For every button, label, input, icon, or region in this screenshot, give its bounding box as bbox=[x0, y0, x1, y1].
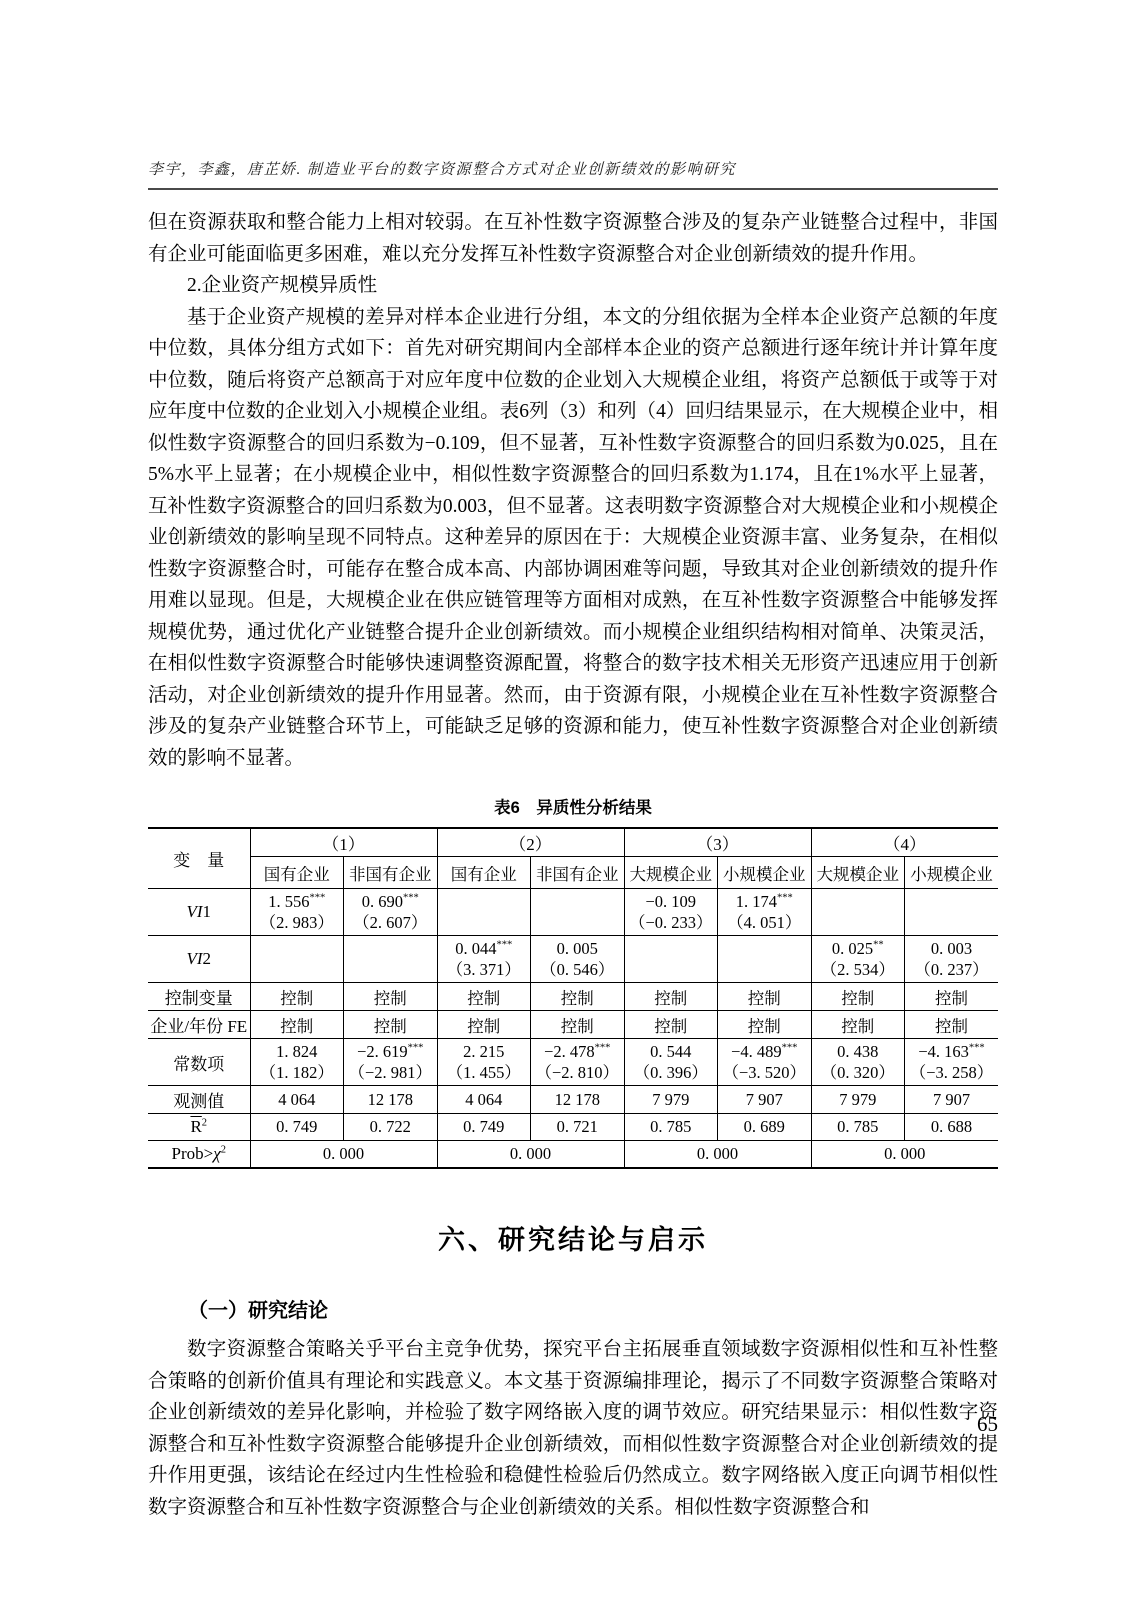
table-cell: 4 064 bbox=[250, 1086, 344, 1114]
table-cell bbox=[531, 889, 625, 936]
body-section-heterogeneity: 但在资源获取和整合能力上相对较弱。在互补性数字资源整合涉及的复杂产业链整合过程中… bbox=[148, 207, 998, 774]
group-header-1: （1） bbox=[250, 828, 437, 857]
table-caption: 表6 异质性分析结果 bbox=[148, 794, 998, 818]
table-cell: 控制 bbox=[718, 1011, 812, 1039]
significance-stars: *** bbox=[497, 940, 513, 951]
table-row-vi1: VI1 1. 556***（2. 983） 0. 690***（2. 607） … bbox=[148, 889, 998, 936]
table-cell: 0. 785 bbox=[811, 1114, 905, 1141]
table-row-r-squared: R2 0. 749 0. 722 0. 749 0. 721 0. 785 0.… bbox=[148, 1114, 998, 1141]
page-number: 65 bbox=[938, 1412, 998, 1437]
table-cell bbox=[250, 936, 344, 983]
subheader-large-4: 大规模企业 bbox=[811, 857, 905, 889]
table-cell: 控制 bbox=[811, 1011, 905, 1039]
table-cell: 0. 689 bbox=[718, 1114, 812, 1141]
table-cell: 0. 544（0. 396） bbox=[624, 1039, 718, 1086]
subheader-nonsoe-2: 非国有企业 bbox=[531, 857, 625, 889]
subheading-asset-scale: 2.企业资产规模异质性 bbox=[148, 270, 998, 302]
table-cell: 0. 721 bbox=[531, 1114, 625, 1141]
table-row-vi2: VI2 0. 044***（3. 371） 0. 005（0. 546） 0. … bbox=[148, 936, 998, 983]
significance-stars: *** bbox=[408, 1043, 424, 1054]
table-cell: 0. 688 bbox=[905, 1114, 999, 1141]
vi1-label-number: 1 bbox=[203, 902, 212, 921]
significance-stars: *** bbox=[595, 1043, 611, 1054]
table-cell: 0. 749 bbox=[437, 1114, 531, 1141]
table-cell: 0. 438（0. 320） bbox=[811, 1039, 905, 1086]
table-cell: 2. 215（1. 455） bbox=[437, 1039, 531, 1086]
vi2-label-italic: VI bbox=[186, 949, 202, 968]
table-corner-label: 变 量 bbox=[148, 828, 250, 889]
table-cell: 0. 690***（2. 607） bbox=[344, 889, 438, 936]
table-cell: 0. 722 bbox=[344, 1114, 438, 1141]
table-row-observations: 观测值 4 064 12 178 4 064 12 178 7 979 7 90… bbox=[148, 1086, 998, 1114]
prob-prefix: Prob> bbox=[172, 1144, 214, 1163]
table-cell: 0. 044***（3. 371） bbox=[437, 936, 531, 983]
subheader-small-3: 小规模企业 bbox=[718, 857, 812, 889]
table-cell: 0. 003（0. 237） bbox=[905, 936, 999, 983]
significance-stars: *** bbox=[310, 893, 326, 904]
table-cell bbox=[905, 889, 999, 936]
table-cell: 0. 785 bbox=[624, 1114, 718, 1141]
table-cell: 控制 bbox=[250, 1011, 344, 1039]
subheader-soe-1: 国有企业 bbox=[250, 857, 344, 889]
running-header: 李宇，李鑫，唐芷娇. 制造业平台的数字资源整合方式对企业创新绩效的影响研究 bbox=[148, 0, 998, 179]
row-label-vi1: VI1 bbox=[148, 889, 250, 936]
table-row-constant: 常数项 1. 824（1. 182） −2. 619***（−2. 981） 2… bbox=[148, 1039, 998, 1086]
table-cell: 7 979 bbox=[811, 1086, 905, 1114]
body-section-conclusions: 数字资源整合策略关乎平台主竞争优势，探究平台主拓展垂直领域数字资源相似性和互补性… bbox=[148, 1334, 998, 1523]
table-cell: 12 178 bbox=[344, 1086, 438, 1114]
subheader-nonsoe-1: 非国有企业 bbox=[344, 857, 438, 889]
subsection-heading-research-conclusions: （一）研究结论 bbox=[148, 1294, 998, 1323]
table-cell: 1. 556***（2. 983） bbox=[250, 889, 344, 936]
table-row-fixed-effects: 企业/年份 FE 控制 控制 控制 控制 控制 控制 控制 控制 bbox=[148, 1011, 998, 1039]
table-cell bbox=[811, 889, 905, 936]
table-cell: 0. 005（0. 546） bbox=[531, 936, 625, 983]
row-label-r-squared: R2 bbox=[148, 1114, 250, 1141]
table-cell: 控制 bbox=[531, 1011, 625, 1039]
subheader-soe-2: 国有企业 bbox=[437, 857, 531, 889]
row-label-observations: 观测值 bbox=[148, 1086, 250, 1114]
significance-stars: *** bbox=[969, 1043, 985, 1054]
table-cell: 控制 bbox=[250, 983, 344, 1011]
table-cell: 控制 bbox=[344, 983, 438, 1011]
significance-stars: *** bbox=[403, 893, 419, 904]
table-cell: 1. 174***（4. 051） bbox=[718, 889, 812, 936]
table-cell: 0. 000 bbox=[811, 1141, 998, 1169]
table-cell: 控制 bbox=[718, 983, 812, 1011]
table-cell: 0. 000 bbox=[437, 1141, 624, 1169]
row-label-constant: 常数项 bbox=[148, 1039, 250, 1086]
table-cell: 7 907 bbox=[718, 1086, 812, 1114]
table-cell: 7 907 bbox=[905, 1086, 999, 1114]
r-bar: R bbox=[190, 1117, 201, 1136]
table-cell bbox=[718, 936, 812, 983]
section-heading-conclusions: 六、研究结论与启示 bbox=[148, 1218, 998, 1257]
table-cell: 0. 025**（2. 534） bbox=[811, 936, 905, 983]
subheader-large-3: 大规模企业 bbox=[624, 857, 718, 889]
vi1-label-italic: VI bbox=[186, 902, 202, 921]
table-cell: 控制 bbox=[531, 983, 625, 1011]
table-cell: 0. 000 bbox=[250, 1141, 437, 1169]
table-group-header-row: 变 量 （1） （2） （3） （4） bbox=[148, 828, 998, 857]
table-cell: 控制 bbox=[624, 983, 718, 1011]
vi2-label-number: 2 bbox=[203, 949, 212, 968]
table-cell: −0. 109（−0. 233） bbox=[624, 889, 718, 936]
table-cell: −2. 478***（−2. 810） bbox=[531, 1039, 625, 1086]
significance-stars: *** bbox=[782, 1043, 798, 1054]
chi-exponent: 2 bbox=[221, 1144, 226, 1155]
table-cell: 0. 749 bbox=[250, 1114, 344, 1141]
table-cell: 0. 000 bbox=[624, 1141, 811, 1169]
table-subheader-row: 国有企业 非国有企业 国有企业 非国有企业 大规模企业 小规模企业 大规模企业 … bbox=[148, 857, 998, 889]
table-cell: 控制 bbox=[905, 1011, 999, 1039]
header-rule bbox=[148, 188, 998, 190]
group-header-4: （4） bbox=[811, 828, 998, 857]
table-cell: −4. 163***（−3. 258） bbox=[905, 1039, 999, 1086]
table-cell: −4. 489***（−3. 520） bbox=[718, 1039, 812, 1086]
table-cell: 控制 bbox=[437, 983, 531, 1011]
article-page: 李宇，李鑫，唐芷娇. 制造业平台的数字资源整合方式对企业创新绩效的影响研究 但在… bbox=[148, 0, 998, 1523]
row-label-fixed-effects: 企业/年份 FE bbox=[148, 1011, 250, 1039]
table-cell: 12 178 bbox=[531, 1086, 625, 1114]
significance-stars: *** bbox=[777, 893, 793, 904]
table-cell: 控制 bbox=[905, 983, 999, 1011]
group-header-2: （2） bbox=[437, 828, 624, 857]
paragraph-continuation: 但在资源获取和整合能力上相对较弱。在互补性数字资源整合涉及的复杂产业链整合过程中… bbox=[148, 207, 998, 270]
table-cell bbox=[437, 889, 531, 936]
r-squared-exponent: 2 bbox=[202, 1117, 207, 1128]
chi-symbol: χ bbox=[213, 1144, 220, 1163]
row-label-controls: 控制变量 bbox=[148, 983, 250, 1011]
table-cell: 控制 bbox=[437, 1011, 531, 1039]
table-cell: 控制 bbox=[811, 983, 905, 1011]
heterogeneity-results-table: 变 量 （1） （2） （3） （4） 国有企业 非国有企业 国有企业 非国有企… bbox=[148, 827, 998, 1169]
table-cell: −2. 619***（−2. 981） bbox=[344, 1039, 438, 1086]
paragraph-asset-scale-analysis: 基于企业资产规模的差异对样本企业进行分组，本文的分组依据为全样本企业资产总额的年… bbox=[148, 302, 998, 775]
row-label-prob-chi2: Prob>χ2 bbox=[148, 1141, 250, 1169]
paragraph-conclusions: 数字资源整合策略关乎平台主竞争优势，探究平台主拓展垂直领域数字资源相似性和互补性… bbox=[148, 1334, 998, 1523]
table-row-controls: 控制变量 控制 控制 控制 控制 控制 控制 控制 控制 bbox=[148, 983, 998, 1011]
table-cell: 控制 bbox=[624, 1011, 718, 1039]
subheader-small-4: 小规模企业 bbox=[905, 857, 999, 889]
row-label-vi2: VI2 bbox=[148, 936, 250, 983]
significance-stars: ** bbox=[873, 940, 884, 951]
table-cell bbox=[344, 936, 438, 983]
table-cell: 4 064 bbox=[437, 1086, 531, 1114]
table-row-prob-chi2: Prob>χ2 0. 000 0. 000 0. 000 0. 000 bbox=[148, 1141, 998, 1169]
table-cell: 控制 bbox=[344, 1011, 438, 1039]
table-cell: 7 979 bbox=[624, 1086, 718, 1114]
group-header-3: （3） bbox=[624, 828, 811, 857]
table-cell bbox=[624, 936, 718, 983]
table-cell: 1. 824（1. 182） bbox=[250, 1039, 344, 1086]
